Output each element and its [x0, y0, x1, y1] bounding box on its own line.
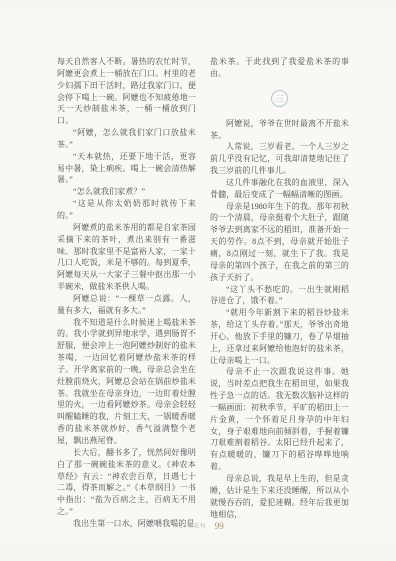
paragraph: 盐米茶。于此找到了我爱盐米茶的事由。	[210, 56, 349, 80]
left-column: 每天自然客人不断。暑热的农忙时节，阿嬷更会煮上一桶放在门口。村里的老少妇孺下田干…	[57, 56, 196, 530]
paragraph: 这几件事融化在我的血液里，深入骨髓，最后变成了一幅幅清晰的图画。	[210, 177, 349, 201]
paragraph: 阿嬷总说：“一棵草一点露。人，量有多大，福就有多大。”	[57, 293, 196, 317]
paragraph: 阿嬷说，爷爷在世时最离不开盐米茶。	[210, 118, 349, 142]
paragraph: 人常说，三岁看老。一个人三岁之前几乎没有记忆，可我却清楚地记住了我三岁前的几件事…	[210, 141, 349, 177]
paragraph: 我不知道是什么时候迷上喝盐米茶的。我小学就到异地求学，遇到肠胃不舒服，便会冲上一…	[57, 317, 196, 447]
right-column: 盐米茶。于此找到了我爱盐米茶的事由。 三 阿嬷说，爷爷在世时最离不开盐米茶。 人…	[210, 56, 349, 530]
paragraph: 长大后，翻书多了，恍然间好像明白了那一碗碗盐米茶的意义。《神农本草经》有云：“神…	[57, 447, 196, 518]
paragraph: 阿嬷煮的盐米茶用的都是自家茶园采摘下来的茶叶，煮出来别有一番滋味。那时我家里不是…	[57, 222, 196, 293]
magazine-name: MEIWEN	[172, 522, 206, 529]
section-marker: 三	[210, 90, 349, 107]
paragraph: “就用今年新割下来的稻谷炒盐米茶，给这丫头存着。”那天，爷爷出奇地开心。他放下手…	[210, 307, 349, 366]
paragraph: 母亲不止一次跟我说这件事。她说，当时差点把我生在稻田里，如果我性子急一点的话。我…	[210, 366, 349, 473]
paragraph: “阿嬷，怎么就我们家门口放盐米茶。”	[57, 127, 196, 151]
paragraph: “这是从你太奶奶那时就传下来的。”	[57, 198, 196, 222]
paragraph: 母亲总说，我是早上生的，但是贪睡，估计是生下来还没睡醒，所以从小就慢吞吞的，爱犯…	[210, 473, 349, 520]
paragraph: “怎么就我们家煮？”	[57, 186, 196, 198]
paragraph: “这丫头不愁吃的。一出生就刚稻谷进仓了，饿不着。”	[210, 284, 349, 308]
section-number-icon: 三	[271, 90, 288, 107]
page-number: 99	[215, 521, 224, 531]
magazine-page: 每天自然客人不断。暑热的农忙时节，阿嬷更会煮上一桶放在门口。村里的老少妇孺下田干…	[0, 0, 396, 561]
text-area: 每天自然客人不断。暑热的农忙时节，阿嬷更会煮上一桶放在门口。村里的老少妇孺下田干…	[57, 56, 349, 530]
paragraph: 每天自然客人不断。暑热的农忙时节，阿嬷更会煮上一桶放在门口。村里的老少妇孺下田干…	[57, 56, 196, 127]
paragraph: “天本就热，还要下地干活，更容易中暑，染上痢疾。喝上一碗会清热解暑。”	[57, 151, 196, 187]
page-footer: MEIWEN 99	[0, 517, 396, 535]
paragraph: 母亲是1980年生下的我。那年初秋的一个清晨，母亲挺着个大肚子，跟随爷爷去到离家…	[210, 201, 349, 284]
